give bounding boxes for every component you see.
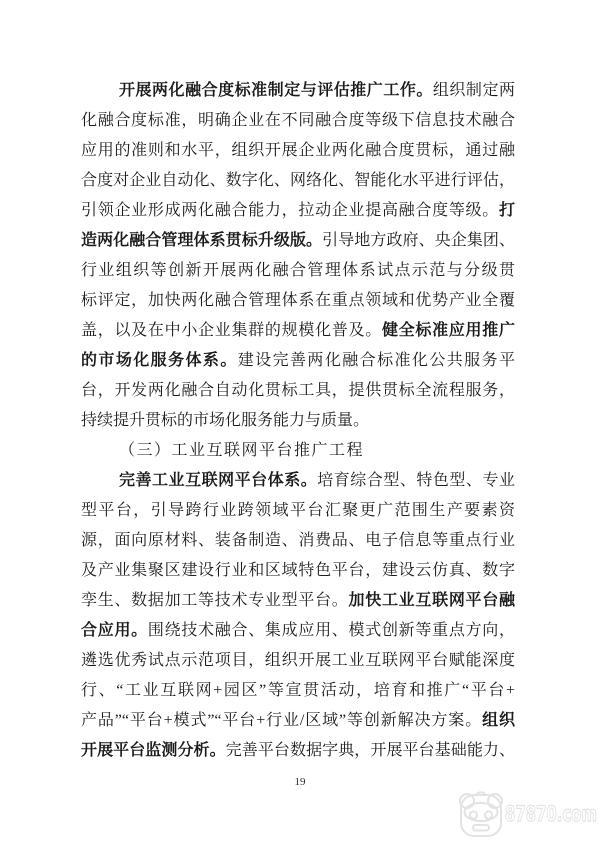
text-line: 及产业集聚区建设行业和区域特色平台，建设云仿真、数字 [81,556,515,586]
document-body: 开展两化融合度标准制定与评估推广工作。组织制定两 化融合度标准，明确企业在不同融… [81,76,515,766]
text-segment: 持续提升贯标的市场化服务能力与质量。 [81,412,369,429]
bold-lead: 的市场化服务体系。 [81,352,238,369]
text-segment: 建设完善两化融合标准化公共服务平 [238,352,515,369]
text-line: 型平台，引导跨行业跨领域平台汇聚更广范围生产要素资 [81,496,515,526]
bold-lead: 组织 [482,712,515,729]
text-line: 持续提升贯标的市场化服务能力与质量。 [81,406,515,436]
bear-logo-icon [460,792,502,836]
text-segment: 产品”“平台+模式”“平台+行业/区域”等创新解决方案。 [81,712,482,729]
text-segment: 组织制定两 [433,82,515,99]
text-line: 开展平台监测分析。完善平台数据字典，开展平台基础能力、 [81,736,515,766]
text-segment: 型平台，引导跨行业跨领域平台汇聚更广范围生产要素资 [81,502,515,519]
text-line: 造两化融合管理体系贯标升级版。引导地方政府、央企集团、 [81,226,515,256]
document-page: 开展两化融合度标准制定与评估推广工作。组织制定两 化融合度标准，明确企业在不同融… [0,0,600,848]
text-line: 产品”“平台+模式”“平台+行业/区域”等创新解决方案。组织 [81,706,515,736]
text-segment: 围绕技术融合、集成应用、模式创新等重点方向， [148,622,515,639]
bold-lead: 开展平台监测分析。 [81,742,226,759]
text-segment: 化融合度标准，明确企业在不同融合度等级下信息技术融合 [81,112,515,129]
text-line: 合度对企业自动化、数字化、网络化、智能化水平进行评估， [81,166,515,196]
text-segment: 完善平台数据字典，开展平台基础能力、 [226,742,515,759]
text-line: 盖，以及在中小企业集群的规模化普及。健全标准应用推广 [81,316,515,346]
section-heading: （三）工业互联网平台推广工程 [81,436,515,466]
text-line: 引领企业形成两化融合能力，拉动企业提高融合度等级。打 [81,196,515,226]
bold-lead: 造两化融合管理体系贯标升级版。 [81,232,322,249]
text-segment: 孪生、数据加工等技术专业型平台。 [81,592,349,609]
text-line: 的市场化服务体系。建设完善两化融合标准化公共服务平 [81,346,515,376]
text-line: 遴选优秀试点示范项目，组织开展工业互联网平台赋能深度 [81,646,515,676]
watermark-logo: 87870.com [455,787,600,844]
bold-lead: 加快工业互联网平台融 [349,592,515,609]
text-segment: （三）工业互联网平台推广工程 [119,442,364,459]
bold-lead: 开展两化融合度标准制定与评估推广工作。 [119,82,433,99]
text-segment: 源，面向原材料、装备制造、消费品、电子信息等重点行业 [81,532,515,549]
text-line: 化融合度标准，明确企业在不同融合度等级下信息技术融合 [81,106,515,136]
text-line: 开展两化融合度标准制定与评估推广工作。组织制定两 [81,76,515,106]
text-line: 行、“工业互联网+园区”等宣贯活动，培育和推广“平台+ [81,676,515,706]
text-line: 孪生、数据加工等技术专业型平台。加快工业互联网平台融 [81,586,515,616]
text-line: 标评定，加快两化融合管理体系在重点领域和优势产业全覆 [81,286,515,316]
text-segment: 培育综合型、特色型、专业 [317,472,515,489]
text-segment: 应用的准则和水平，组织开展企业两化融合度贯标，通过融 [81,142,515,159]
text-segment: 引导地方政府、央企集团、 [322,232,515,249]
text-segment: 行业组织等创新开展两化融合管理体系试点示范与分级贯 [81,262,515,279]
text-segment: 及产业集聚区建设行业和区域特色平台，建设云仿真、数字 [81,562,515,579]
text-segment: 行、“工业互联网+园区”等宣贯活动，培育和推广“平台+ [81,682,515,699]
text-segment: 标评定，加快两化融合管理体系在重点领域和优势产业全覆 [81,292,515,309]
text-line: 合应用。围绕技术融合、集成应用、模式创新等重点方向， [81,616,515,646]
text-segment: 遴选优秀试点示范项目，组织开展工业互联网平台赋能深度 [81,652,515,669]
text-line: 行业组织等创新开展两化融合管理体系试点示范与分级贯 [81,256,515,286]
text-line: 台，开发两化融合自动化贯标工具，提供贯标全流程服务， [81,376,515,406]
bold-lead: 打 [499,202,515,219]
bold-lead: 完善工业互联网平台体系。 [119,472,317,489]
watermark-text: 87870.com [505,802,597,826]
text-line: 源，面向原材料、装备制造、消费品、电子信息等重点行业 [81,526,515,556]
text-line: 完善工业互联网平台体系。培育综合型、特色型、专业 [81,466,515,496]
text-line: 应用的准则和水平，组织开展企业两化融合度贯标，通过融 [81,136,515,166]
bold-lead: 合应用。 [81,622,148,639]
text-segment: 盖，以及在中小企业集群的规模化普及。 [81,322,382,339]
text-segment: 合度对企业自动化、数字化、网络化、智能化水平进行评估， [81,172,515,189]
bold-lead: 健全标准应用推广 [382,322,515,339]
text-segment: 台，开发两化融合自动化贯标工具，提供贯标全流程服务， [81,382,515,399]
text-segment: 引领企业形成两化融合能力，拉动企业提高融合度等级。 [81,202,499,219]
